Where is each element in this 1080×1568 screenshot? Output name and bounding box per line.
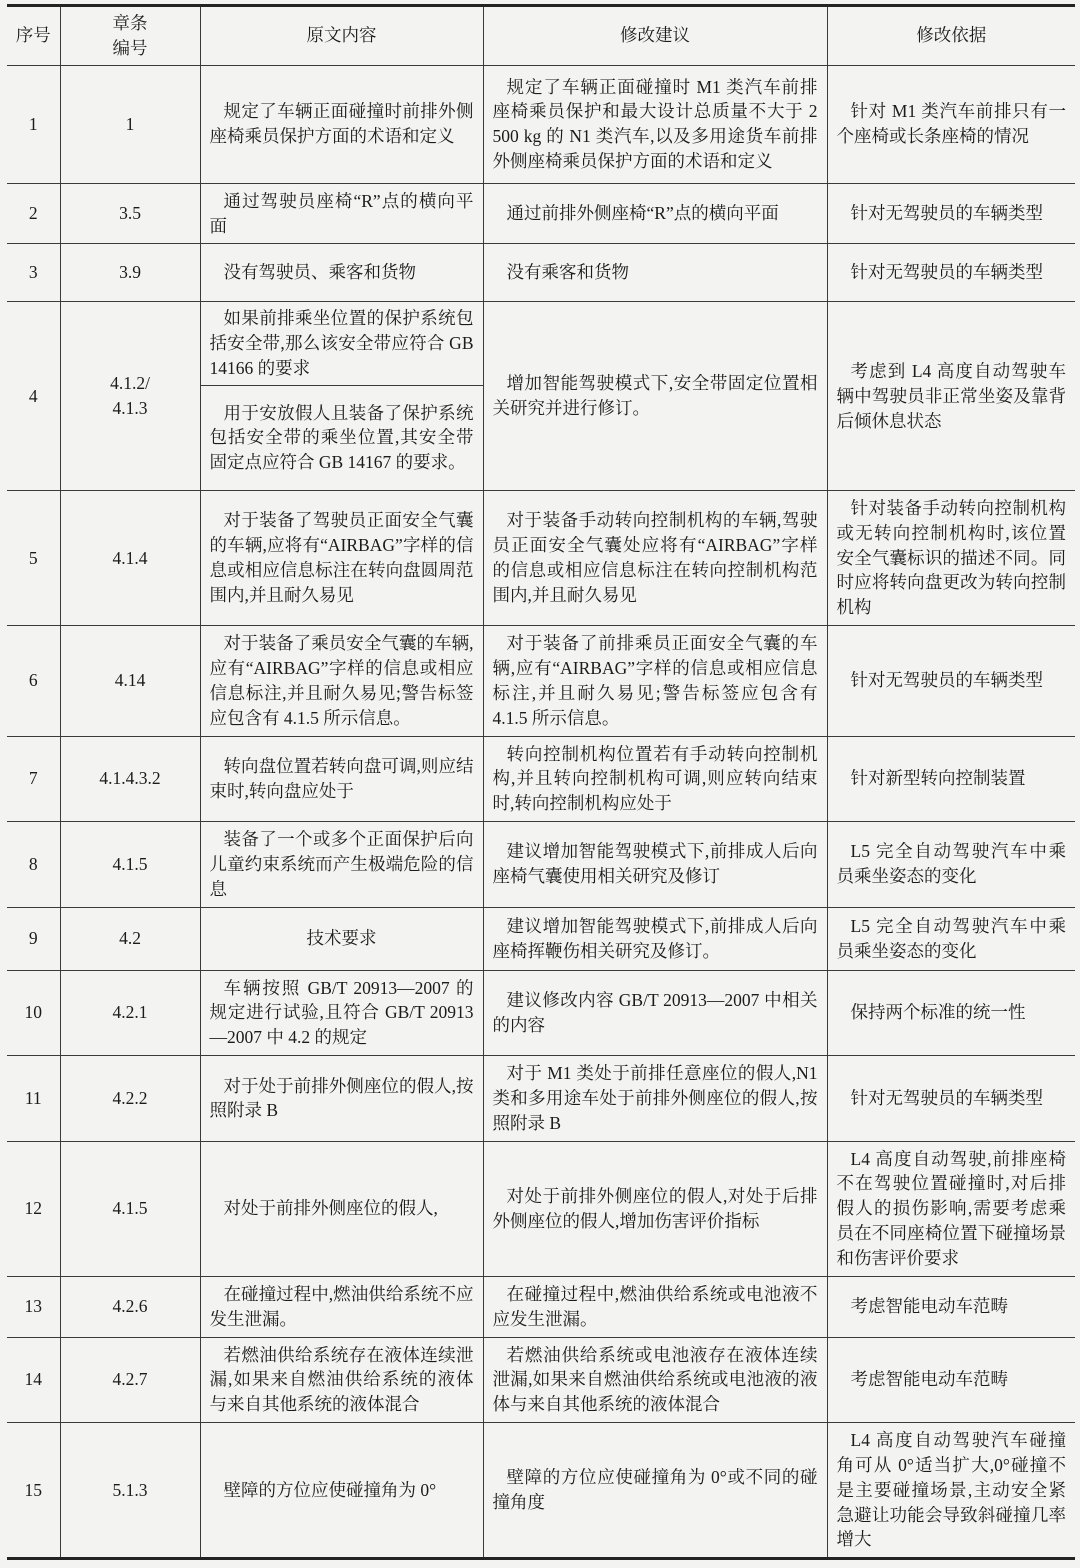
cell-no: 1: [7, 65, 60, 183]
cell-original: 对于装备了乘员安全气囊的车辆,应有“AIRBAG”字样的信息或相应信息标注,并且…: [200, 626, 483, 736]
cell-basis: L5 完全自动驾驶汽车中乘员乘坐姿态的变化: [827, 822, 1075, 908]
header-no: 序号: [7, 6, 60, 66]
cell-basis: 考虑到 L4 高度自动驾驶车辆中驾驶员非正常坐姿及靠背后倾休息状态: [827, 302, 1075, 491]
cell-original: 没有驾驶员、乘客和货物: [200, 244, 483, 302]
cell-basis: 针对新型转向控制装置: [827, 736, 1075, 822]
clause-line2: 4.1.3: [65, 396, 196, 421]
table-row: 5 4.1.4 对于装备了驾驶员正面安全气囊的车辆,应将有“AIRBAG”字样的…: [7, 490, 1075, 625]
header-suggestion: 修改建议: [483, 6, 827, 66]
cell-no: 2: [7, 183, 60, 244]
cell-original: 对于装备了驾驶员正面安全气囊的车辆,应将有“AIRBAG”字样的信息或相应信息标…: [200, 490, 483, 625]
cell-suggestion: 通过前排外侧座椅“R”点的横向平面: [483, 183, 827, 244]
cell-suggestion: 转向控制机构位置若有手动转向控制机构,并且转向控制机构可调,则应转向结束时,转向…: [483, 736, 827, 822]
cell-clause: 4.1.5: [60, 822, 200, 908]
table-row: 9 4.2 技术要求 建议增加智能驾驶模式下,前排成人后向座椅挥鞭伤相关研究及修…: [7, 907, 1075, 970]
table-row: 2 3.5 通过驾驶员座椅“R”点的横向平面 通过前排外侧座椅“R”点的横向平面…: [7, 183, 1075, 244]
table-row: 7 4.1.4.3.2 转向盘位置若转向盘可调,则应结束时,转向盘应处于 转向控…: [7, 736, 1075, 822]
header-basis: 修改依据: [827, 6, 1075, 66]
header-clause-line2: 编号: [65, 36, 196, 61]
header-clause: 章条 编号: [60, 6, 200, 66]
cell-original: 规定了车辆正面碰撞时前排外侧座椅乘员保护方面的术语和定义: [200, 65, 483, 183]
cell-no: 7: [7, 736, 60, 822]
cell-no: 12: [7, 1141, 60, 1276]
table-row: 13 4.2.6 在碰撞过程中,燃油供给系统不应发生泄漏。 在碰撞过程中,燃油供…: [7, 1276, 1075, 1337]
cell-suggestion: 在碰撞过程中,燃油供给系统或电池液不应发生泄漏。: [483, 1276, 827, 1337]
cell-suggestion: 对处于前排外侧座位的假人,对处于后排外侧座位的假人,增加伤害评价指标: [483, 1141, 827, 1276]
cell-no: 4: [7, 302, 60, 491]
cell-original: 对处于前排外侧座位的假人,: [200, 1141, 483, 1276]
cell-no: 5: [7, 490, 60, 625]
cell-original: 装备了一个或多个正面保护后向儿童约束系统而产生极端危险的信息: [200, 822, 483, 908]
cell-original: 技术要求: [200, 907, 483, 970]
cell-basis: 针对装备手动转向控制机构或无转向控制机构时,该位置安全气囊标识的描述不同。同时应…: [827, 490, 1075, 625]
cell-clause: 4.1.4.3.2: [60, 736, 200, 822]
table-row: 3 3.9 没有驾驶员、乘客和货物 没有乘客和货物 针对无驾驶员的车辆类型: [7, 244, 1075, 302]
table-row: 4 4.1.2/ 4.1.3 如果前排乘坐位置的保护系统包括安全带,那么该安全带…: [7, 302, 1075, 491]
cell-clause: 4.2.7: [60, 1337, 200, 1423]
cell-clause: 3.9: [60, 244, 200, 302]
cell-no: 3: [7, 244, 60, 302]
cell-original: 车辆按照 GB/T 20913—2007 的规定进行试验,且符合 GB/T 20…: [200, 970, 483, 1056]
table-row: 15 5.1.3 壁障的方位应使碰撞角为 0° 壁障的方位应使碰撞角为 0°或不…: [7, 1423, 1075, 1559]
cell-basis: L4 高度自动驾驶汽车碰撞角可从 0°适当扩大,0°碰撞不是主要碰撞场景,主动安…: [827, 1423, 1075, 1559]
cell-suggestion: 建议增加智能驾驶模式下,前排成人后向座椅挥鞭伤相关研究及修订。: [483, 907, 827, 970]
cell-original-split: 如果前排乘坐位置的保护系统包括安全带,那么该安全带应符合 GB 14166 的要…: [200, 302, 483, 491]
cell-basis: 针对无驾驶员的车辆类型: [827, 183, 1075, 244]
cell-original: 对于处于前排外侧座位的假人,按照附录 B: [200, 1056, 483, 1142]
cell-basis: 针对无驾驶员的车辆类型: [827, 244, 1075, 302]
cell-suggestion: 若燃油供给系统或电池液存在液体连续泄漏,如果来自燃油供给系统或电池液的液体与来自…: [483, 1337, 827, 1423]
cell-clause: 4.1.5: [60, 1141, 200, 1276]
table-row: 1 1 规定了车辆正面碰撞时前排外侧座椅乘员保护方面的术语和定义 规定了车辆正面…: [7, 65, 1075, 183]
cell-basis: L5 完全自动驾驶汽车中乘员乘坐姿态的变化: [827, 907, 1075, 970]
cell-basis: 针对 M1 类汽车前排只有一个座椅或长条座椅的情况: [827, 65, 1075, 183]
cell-basis: 针对无驾驶员的车辆类型: [827, 1056, 1075, 1142]
revision-comparison-table: 序号 章条 编号 原文内容 修改建议 修改依据 1 1 规定了车辆正面碰撞时前排…: [7, 4, 1075, 1560]
cell-basis: 考虑智能电动车范畴: [827, 1337, 1075, 1423]
cell-clause: 1: [60, 65, 200, 183]
cell-original: 在碰撞过程中,燃油供给系统不应发生泄漏。: [200, 1276, 483, 1337]
cell-clause: 4.14: [60, 626, 200, 736]
table-row: 14 4.2.7 若燃油供给系统存在液体连续泄漏,如果来自燃油供给系统的液体与来…: [7, 1337, 1075, 1423]
scanned-document-page: 序号 章条 编号 原文内容 修改建议 修改依据 1 1 规定了车辆正面碰撞时前排…: [0, 0, 1080, 1568]
cell-clause: 5.1.3: [60, 1423, 200, 1559]
cell-clause: 4.1.2/ 4.1.3: [60, 302, 200, 491]
cell-suggestion: 规定了车辆正面碰撞时 M1 类汽车前排座椅乘员保护和最大设计总质量不大于 2 5…: [483, 65, 827, 183]
cell-suggestion: 建议增加智能驾驶模式下,前排成人后向座椅气囊使用相关研究及修订: [483, 822, 827, 908]
table-header-row: 序号 章条 编号 原文内容 修改建议 修改依据: [7, 6, 1075, 66]
cell-suggestion: 对于 M1 类处于前排任意座位的假人,N1 类和多用途车处于前排外侧座位的假人,…: [483, 1056, 827, 1142]
cell-no: 8: [7, 822, 60, 908]
cell-original: 壁障的方位应使碰撞角为 0°: [200, 1423, 483, 1559]
cell-no: 11: [7, 1056, 60, 1142]
cell-basis: 针对无驾驶员的车辆类型: [827, 626, 1075, 736]
cell-no: 6: [7, 626, 60, 736]
cell-suggestion: 对于装备了前排乘员正面安全气囊的车辆,应有“AIRBAG”字样的信息或相应信息标…: [483, 626, 827, 736]
cell-clause: 4.1.4: [60, 490, 200, 625]
table-row: 11 4.2.2 对于处于前排外侧座位的假人,按照附录 B 对于 M1 类处于前…: [7, 1056, 1075, 1142]
cell-basis: L4 高度自动驾驶,前排座椅不在驾驶位置碰撞时,对后排假人的损伤影响,需要考虑乘…: [827, 1141, 1075, 1276]
cell-clause: 4.2.6: [60, 1276, 200, 1337]
clause-line1: 4.1.2/: [65, 371, 196, 396]
cell-clause: 3.5: [60, 183, 200, 244]
cell-original: 若燃油供给系统存在液体连续泄漏,如果来自燃油供给系统的液体与来自其他系统的液体混…: [200, 1337, 483, 1423]
header-clause-line1: 章条: [65, 11, 196, 36]
table-row: 10 4.2.1 车辆按照 GB/T 20913—2007 的规定进行试验,且符…: [7, 970, 1075, 1056]
cell-suggestion: 对于装备手动转向控制机构的车辆,驾驶员正面安全气囊处应将有“AIRBAG”字样的…: [483, 490, 827, 625]
table-row: 12 4.1.5 对处于前排外侧座位的假人, 对处于前排外侧座位的假人,对处于后…: [7, 1141, 1075, 1276]
cell-original: 通过驾驶员座椅“R”点的横向平面: [200, 183, 483, 244]
original-subcell-2: 用于安放假人且装备了保护系统包括安全带的乘坐位置,其安全带固定点应符合 GB 1…: [201, 386, 483, 490]
cell-no: 13: [7, 1276, 60, 1337]
cell-basis: 保持两个标准的统一性: [827, 970, 1075, 1056]
table-row: 6 4.14 对于装备了乘员安全气囊的车辆,应有“AIRBAG”字样的信息或相应…: [7, 626, 1075, 736]
cell-clause: 4.2.2: [60, 1056, 200, 1142]
cell-original: 转向盘位置若转向盘可调,则应结束时,转向盘应处于: [200, 736, 483, 822]
cell-suggestion: 壁障的方位应使碰撞角为 0°或不同的碰撞角度: [483, 1423, 827, 1559]
cell-suggestion: 建议修改内容 GB/T 20913—2007 中相关的内容: [483, 970, 827, 1056]
cell-no: 10: [7, 970, 60, 1056]
cell-basis: 考虑智能电动车范畴: [827, 1276, 1075, 1337]
cell-no: 15: [7, 1423, 60, 1559]
cell-suggestion: 没有乘客和货物: [483, 244, 827, 302]
header-original: 原文内容: [200, 6, 483, 66]
cell-no: 9: [7, 907, 60, 970]
cell-suggestion: 增加智能驾驶模式下,安全带固定位置相关研究并进行修订。: [483, 302, 827, 491]
table-row: 8 4.1.5 装备了一个或多个正面保护后向儿童约束系统而产生极端危险的信息 建…: [7, 822, 1075, 908]
cell-no: 14: [7, 1337, 60, 1423]
original-subcell-1: 如果前排乘坐位置的保护系统包括安全带,那么该安全带应符合 GB 14166 的要…: [201, 302, 483, 386]
cell-clause: 4.2.1: [60, 970, 200, 1056]
cell-clause: 4.2: [60, 907, 200, 970]
